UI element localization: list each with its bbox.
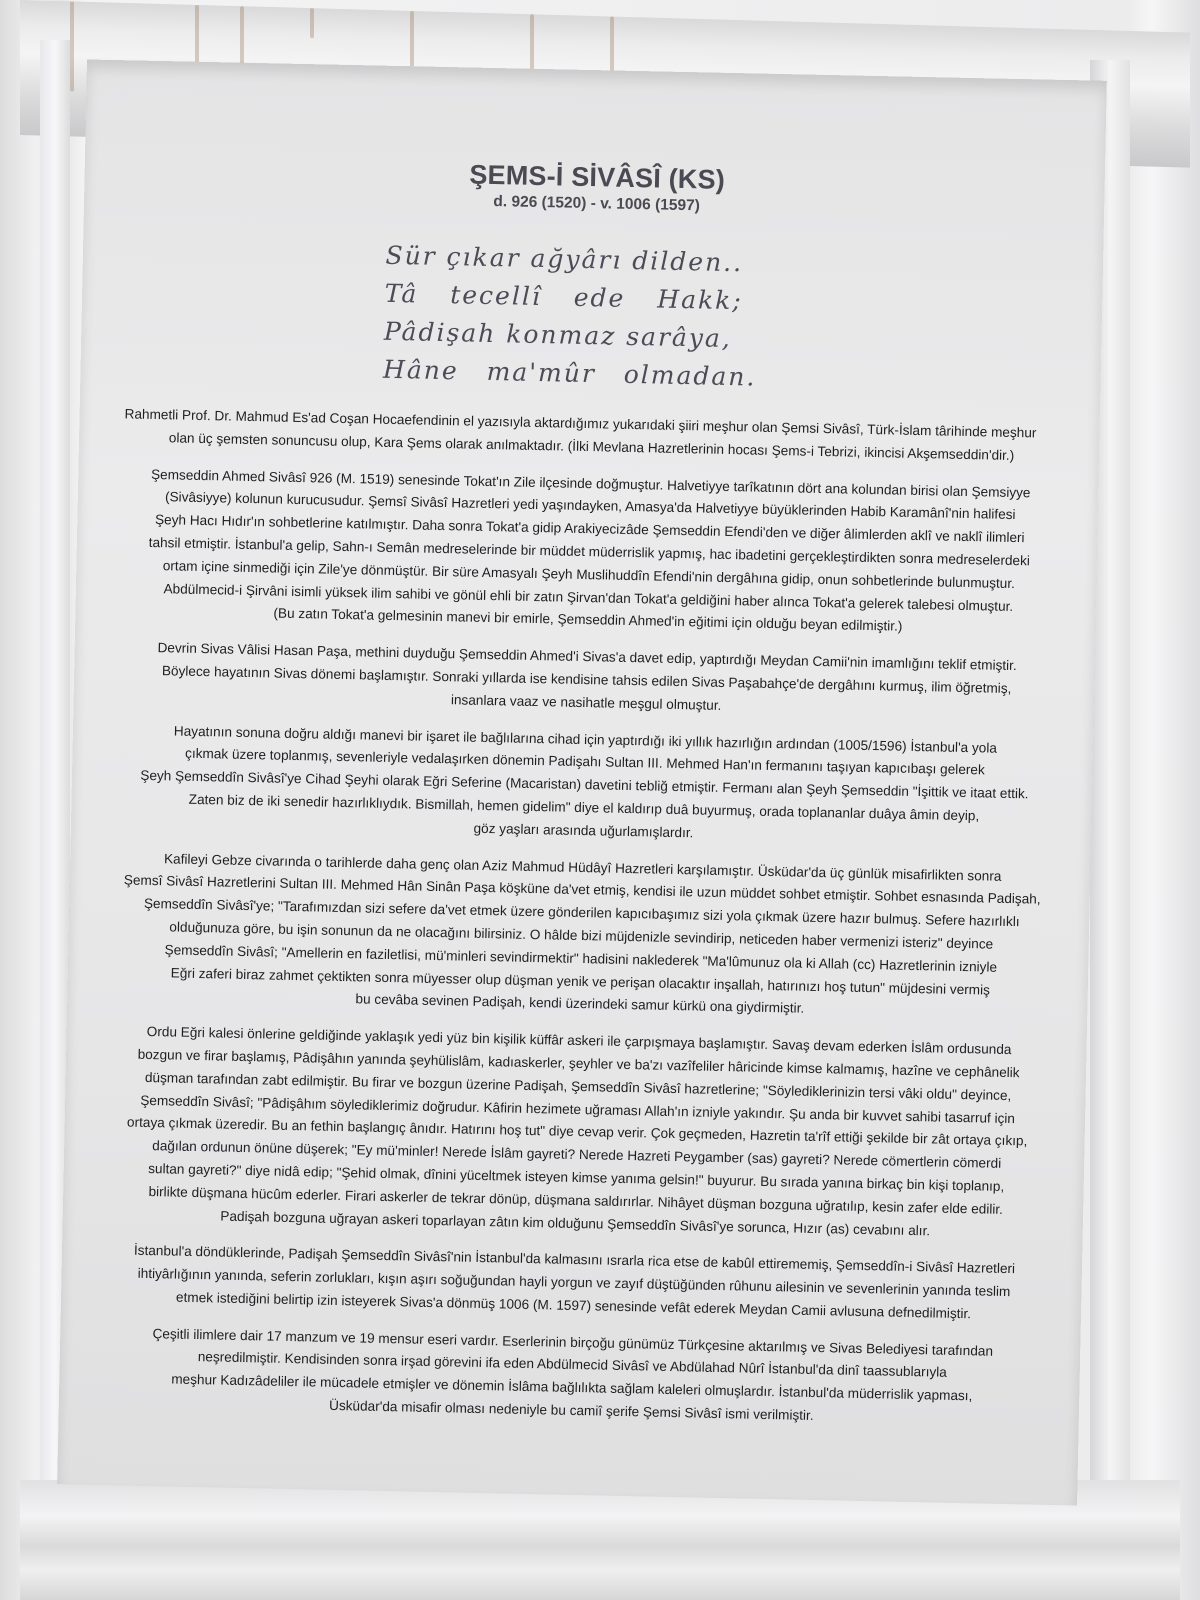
information-plaque: ŞEMS-İ SİVÂSÎ (KS) d. 926 (1520) - v. 10… xyxy=(57,59,1107,1505)
biography-text: Rahmetli Prof. Dr. Mahmud Es'ad Coşan Ho… xyxy=(104,403,1060,1432)
handwritten-poem: Sür çıkar ağyârı dilden.. Tâ tecellî ede… xyxy=(383,237,806,398)
poem-line: Hâne ma'mûr olmadan. xyxy=(383,351,804,398)
biography-paragraph: Hayatının sonuna doğru aldığı manevi bir… xyxy=(116,719,1053,853)
biography-paragraph: Kafileyi Gebze civarında o tarihlerde da… xyxy=(112,847,1050,1026)
biography-paragraph: Rahmetli Prof. Dr. Mahmud Es'ad Coşan Ho… xyxy=(124,403,1060,468)
biography-paragraph: Şemseddin Ahmed Sivâsî 926 (M. 1519) sen… xyxy=(120,463,1058,642)
biography-paragraph: İstanbul'a döndüklerinde, Padişah Şemsed… xyxy=(106,1239,1042,1327)
biography-paragraph: Ordu Eğri kalesi önlerine geldiğinde yak… xyxy=(108,1020,1047,1245)
biography-paragraph: Devrin Sivas Vâlisi Hasan Paşa, methini … xyxy=(119,636,1055,724)
plaque-content: ŞEMS-İ SİVÂSÎ (KS) d. 926 (1520) - v. 10… xyxy=(103,152,1064,1446)
biography-paragraph: Çeşitli ilimlere dair 17 manzum ve 19 me… xyxy=(104,1322,1041,1433)
